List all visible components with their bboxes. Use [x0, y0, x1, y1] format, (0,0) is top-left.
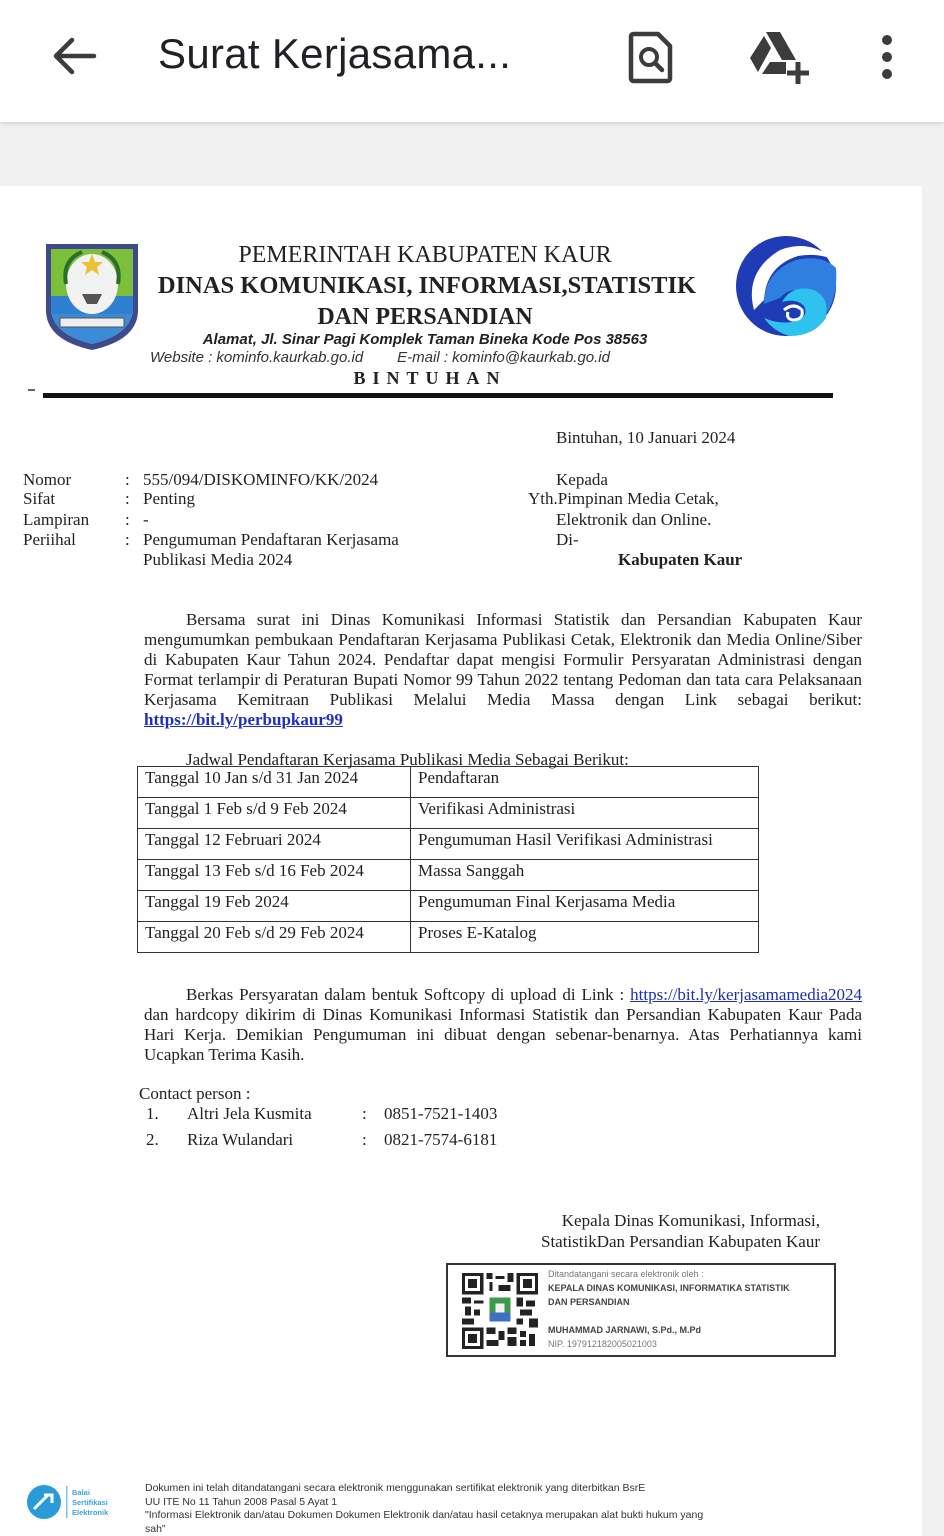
schedule-row: Tanggal 10 Jan s/d 31 Jan 2024Pendaftara… [138, 767, 759, 798]
footer-line-2: UU ITE No 11 Tahun 2008 Pasal 5 Ayat 1 [145, 1496, 337, 1508]
schedule-activity: Pengumuman Hasil Verifikasi Administrasi [411, 829, 759, 860]
meta-value-sifat: Penting [143, 489, 195, 509]
meta-value-lampiran: - [143, 510, 149, 530]
drive-add-icon[interactable] [746, 30, 810, 84]
meta-colon: : [125, 470, 130, 490]
document-page: PEMERINTAH KABUPATEN KAUR DINAS KOMUNIKA… [0, 186, 922, 1536]
schedule-activity: Massa Sanggah [411, 860, 759, 891]
letterhead-website: Website : kominfo.kaurkab.go.id [150, 349, 363, 366]
contact-heading: Contact person : [139, 1084, 250, 1104]
body-paragraph-2-text-cont: dan hardcopy dikirim di Dinas Komunikasi… [144, 1005, 862, 1064]
perbup-link[interactable]: https://bit.ly/perbupkaur99 [144, 710, 343, 729]
meta-value-nomor: 555/094/DISKOMINFO/KK/2024 [143, 470, 378, 490]
letterhead-divider [43, 393, 833, 398]
recipient-to: Kepada [556, 470, 608, 490]
svg-text:Sertifikasi: Sertifikasi [72, 1498, 108, 1507]
schedule-date: Tanggal 10 Jan s/d 31 Jan 2024 [138, 767, 411, 798]
body-paragraph-1: Bersama surat ini Dinas Komunikasi Infor… [144, 610, 862, 730]
letterhead-line-3: DAN PERSANDIAN [150, 304, 700, 331]
footer-line-3: "Informasi Elektronik dan/atau Dokumen D… [145, 1509, 703, 1521]
schedule-row: Tanggal 1 Feb s/d 9 Feb 2024Verifikasi A… [138, 798, 759, 829]
schedule-activity: Verifikasi Administrasi [411, 798, 759, 829]
schedule-date: Tanggal 1 Feb s/d 9 Feb 2024 [138, 798, 411, 829]
meta-colon: : [125, 510, 130, 530]
contact-num: 2. [146, 1130, 159, 1150]
recipient-line-1: Yth.Pimpinan Media Cetak, [528, 489, 719, 509]
qr-code-icon [462, 1273, 538, 1349]
footer-line-1: Dokumen ini telah ditandatangani secara … [145, 1482, 645, 1494]
signer-nip: NIP. 197912182005021003 [548, 1339, 657, 1349]
meta-value-perihal: Pengumuman Pendaftaran Kerjasama [143, 530, 399, 550]
contact-phone: 0851-7521-1403 [384, 1104, 497, 1124]
svg-text:Balai: Balai [72, 1488, 90, 1497]
schedule-row: Tanggal 12 Februari 2024Pengumuman Hasil… [138, 829, 759, 860]
contact-num: 1. [146, 1104, 159, 1124]
meta-value-perihal-cont: Publikasi Media 2024 [143, 550, 292, 570]
letterhead-city: BINTUHAN [150, 368, 710, 389]
schedule-date: Tanggal 12 Februari 2024 [138, 829, 411, 860]
svg-text:Elektronik: Elektronik [72, 1508, 109, 1517]
contact-phone: 0821-7574-6181 [384, 1130, 497, 1150]
recipient-line-2: Elektronik dan Online. [556, 510, 711, 530]
letterhead-contact-line: Website : kominfo.kaurkab.go.idE-mail : … [150, 349, 610, 366]
signed-by-label: Ditandatangani secara elektronik oleh : [548, 1269, 704, 1279]
schedule-row: Tanggal 13 Feb s/d 16 Feb 2024Massa Sang… [138, 860, 759, 891]
recipient-di: Di- [556, 530, 579, 550]
more-vert-icon[interactable] [872, 30, 902, 84]
letterhead-line-2: DINAS KOMUNIKASI, INFORMASI,STATISTIK [144, 272, 710, 300]
letterhead-address: Alamat, Jl. Sinar Pagi Komplek Taman Bin… [150, 331, 700, 348]
schedule-row: Tanggal 19 Feb 2024Pengumuman Final Kerj… [138, 891, 759, 922]
kabupaten-kaur-emblem [42, 240, 142, 352]
document-title: Surat Kerjasama... [158, 30, 511, 78]
schedule-date: Tanggal 19 Feb 2024 [138, 891, 411, 922]
schedule-activity: Proses E-Katalog [411, 922, 759, 953]
schedule-activity: Pendaftaran [411, 767, 759, 798]
schedule-activity: Pengumuman Final Kerjasama Media [411, 891, 759, 922]
signatory-title-line-1: Kepala Dinas Komunikasi, Informasi, [460, 1210, 820, 1231]
letter-date: Bintuhan, 10 Januari 2024 [556, 428, 735, 448]
margin-mark [28, 389, 35, 391]
contact-name: Riza Wulandari [187, 1130, 293, 1150]
electronic-signature-box: Ditandatangani secara elektronik oleh : … [446, 1263, 836, 1357]
letterhead-email: E-mail : kominfo@kaurkab.go.id [397, 349, 610, 366]
meta-label-nomor: Nomor [23, 470, 71, 490]
signer-name: MUHAMMAD JARNAWI, S.Pd., M.Pd [548, 1325, 701, 1335]
meta-colon: : [125, 530, 130, 550]
meta-label-sifat: Sifat [23, 489, 55, 509]
document-search-icon[interactable] [626, 30, 676, 84]
bsre-logo: Balai Sertifikasi Elektronik [24, 1482, 124, 1522]
meta-label-perihal: Periihal [23, 530, 76, 550]
meta-label-lampiran: Lampiran [23, 510, 89, 530]
contact-colon: : [362, 1104, 367, 1124]
recipient-place: Kabupaten Kaur [618, 550, 742, 570]
signatory-title-line-2: StatistikDan Persandian Kabupaten Kaur [460, 1231, 820, 1252]
body-paragraph-2: Berkas Persyaratan dalam bentuk Softcopy… [144, 985, 862, 1065]
body-paragraph-2-text: Berkas Persyaratan dalam bentuk Softcopy… [186, 985, 630, 1004]
meta-colon: : [125, 489, 130, 509]
schedule-date: Tanggal 13 Feb s/d 16 Feb 2024 [138, 860, 411, 891]
schedule-table: Tanggal 10 Jan s/d 31 Jan 2024Pendaftara… [137, 766, 759, 953]
schedule-date: Tanggal 20 Feb s/d 29 Feb 2024 [138, 922, 411, 953]
app-bar: Surat Kerjasama... [0, 0, 944, 122]
schedule-row: Tanggal 20 Feb s/d 29 Feb 2024Proses E-K… [138, 922, 759, 953]
contact-name: Altri Jela Kusmita [187, 1104, 312, 1124]
arrow-left-icon[interactable] [50, 34, 98, 78]
kominfo-logo [734, 232, 840, 342]
contact-colon: : [362, 1130, 367, 1150]
letterhead-line-1: PEMERINTAH KABUPATEN KAUR [150, 242, 700, 269]
signer-position-line-1: KEPALA DINAS KOMUNIKASI, INFORMATIKA STA… [548, 1283, 790, 1293]
body-paragraph-1-text: Bersama surat ini Dinas Komunikasi Infor… [144, 610, 862, 709]
signer-position-line-2: DAN PERSANDIAN [548, 1297, 630, 1307]
kerjasama-media-link[interactable]: https://bit.ly/kerjasamamedia2024 [630, 985, 862, 1004]
footer-line-4: sah" [145, 1523, 166, 1535]
